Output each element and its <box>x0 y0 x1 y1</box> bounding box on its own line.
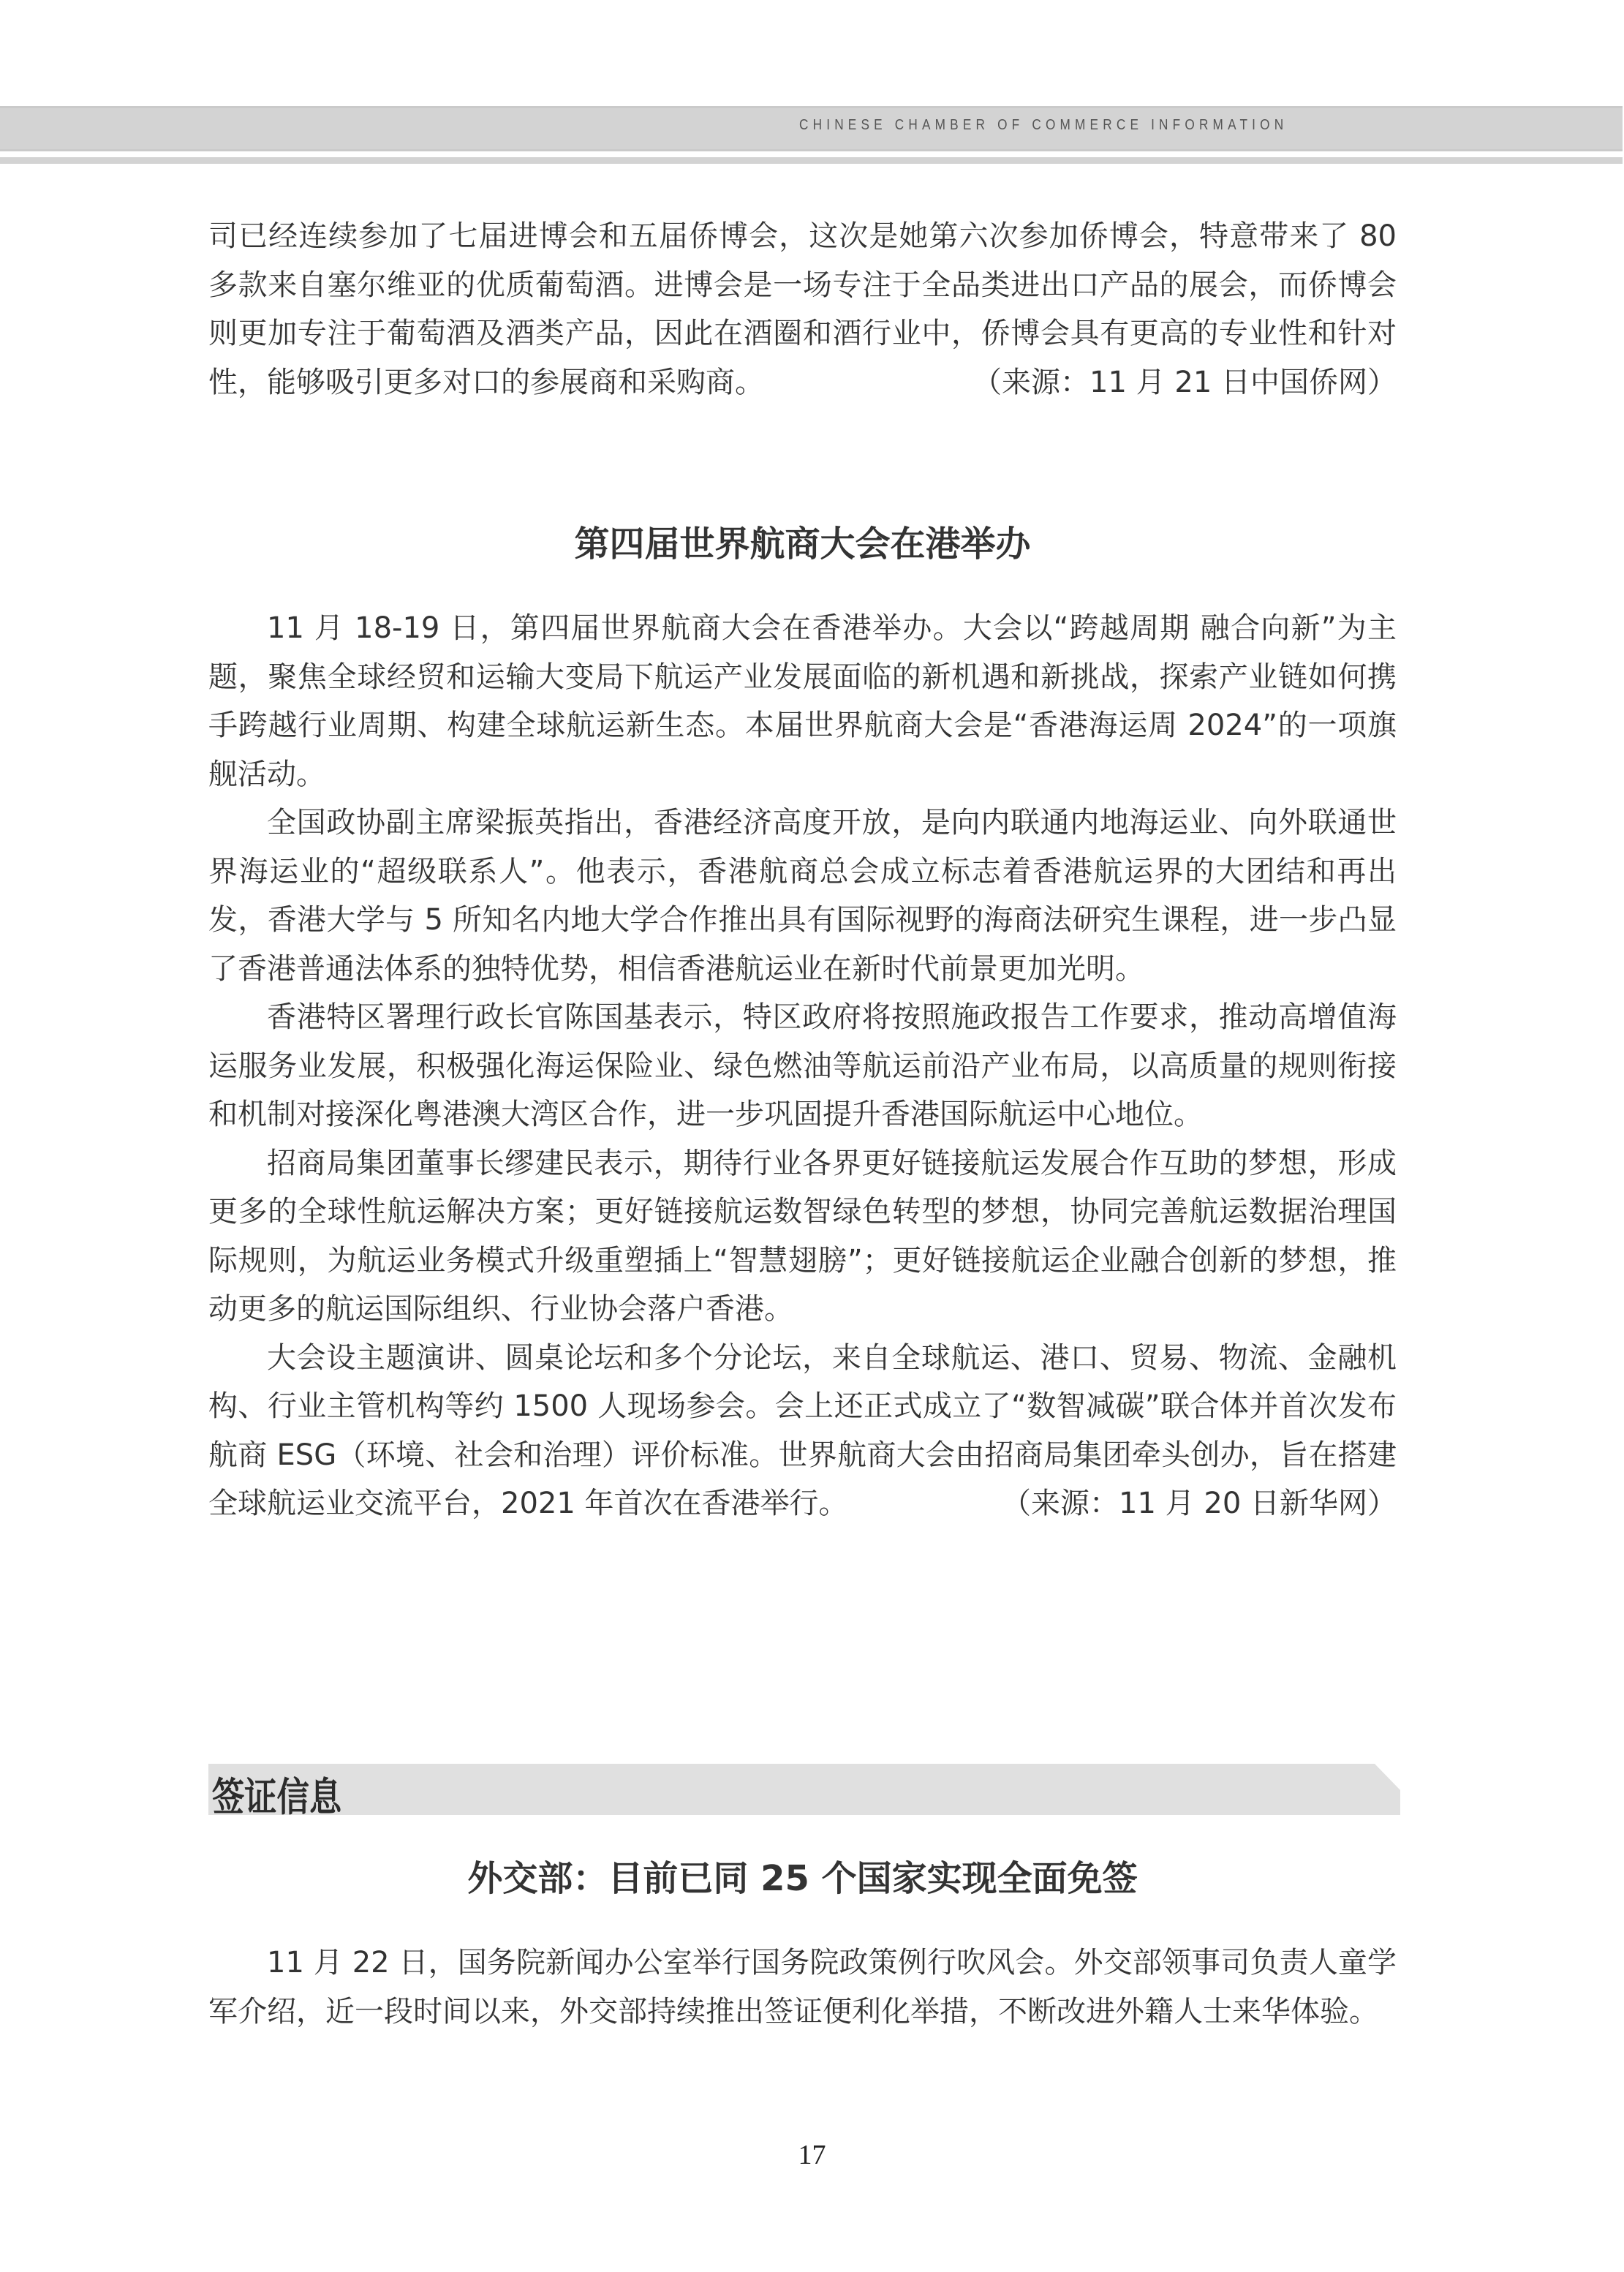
article-visa-body: 11 月 22 日，国务院新闻办公室举行国务院政策例行吹风会。外交部领事司负责人… <box>208 1939 1397 2036</box>
page-number: 17 <box>0 2139 1624 2171</box>
article-paragraph: 招商局集团董事长缪建民表示，期待行业各界更好链接航运发展合作互助的梦想，形成更多… <box>208 1139 1397 1334</box>
article-paragraph: 11 月 18-19 日，第四届世界航商大会在香港举办。大会以“跨越周期 融合向… <box>208 604 1397 799</box>
article-continued: 司已经连续参加了七届进博会和五届侨博会，这次是她第六次参加侨博会，特意带来了 8… <box>208 212 1397 407</box>
article-shipping-body: 11 月 18-19 日，第四届世界航商大会在香港举办。大会以“跨越周期 融合向… <box>208 604 1397 1528</box>
article-paragraph: 香港特区署理行政长官陈国基表示，特区政府将按照施政报告工作要求，推动高增值海运服… <box>208 993 1397 1139</box>
article-paragraph: 大会设主题演讲、圆桌论坛和多个分论坛，来自全球航运、港口、贸易、物流、金融机构、… <box>208 1334 1397 1528</box>
article-title: 外交部：目前已同 25 个国家实现全面免签 <box>208 1850 1397 1901</box>
section-header-label: 签证信息 <box>212 1766 341 1822</box>
running-header-title: CHINESE CHAMBER OF COMMERCE INFORMATION <box>799 117 1288 134</box>
article-title: 第四届世界航商大会在港举办 <box>208 516 1397 566</box>
article-source: （来源：11 月 20 日新华网） <box>943 1479 1397 1528</box>
article-source: （来源：11 月 21 日中国侨网） <box>972 358 1397 407</box>
article-paragraph: 11 月 22 日，国务院新闻办公室举行国务院政策例行吹风会。外交部领事司负责人… <box>208 1939 1397 2036</box>
header-divider <box>0 157 1623 164</box>
section-header-bar <box>208 1764 1400 1815</box>
article-paragraph: 全国政协副主席梁振英指出，香港经济高度开放，是向内联通内地海运业、向外联通世界海… <box>208 799 1397 993</box>
article-paragraph: 司已经连续参加了七届进博会和五届侨博会，这次是她第六次参加侨博会，特意带来了 8… <box>208 212 1397 407</box>
